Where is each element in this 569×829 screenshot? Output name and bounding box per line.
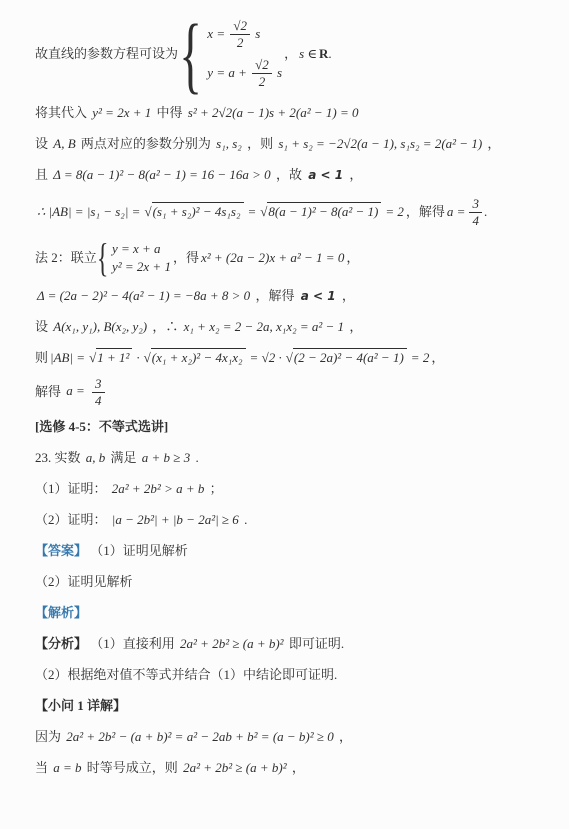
analysis-section-line: 【解析】 (35, 604, 543, 622)
text-segment: 即可证明. (289, 636, 344, 651)
equation-system: { x = √22 s y = a + √22 s (178, 14, 284, 94)
text-segment: 故直线的参数方程可设为 (35, 45, 178, 63)
answer-line-2: （2）证明见解析 (35, 573, 543, 591)
punctuation: . (484, 204, 487, 219)
math-segment: y² = 2x + 1 (92, 105, 151, 120)
text-segment: 且 (35, 167, 48, 182)
math-segment: a = (66, 383, 85, 398)
fraction: √22 (252, 58, 272, 90)
text-segment: 将其代入 (35, 105, 87, 120)
section-heading: [选修 4-5：不等式选讲] (35, 418, 543, 436)
text-segment: 设 (35, 319, 48, 334)
fraction: 34 (92, 377, 105, 409)
text-segment: ，解得 (406, 204, 445, 219)
text-segment: 解得 (35, 383, 61, 398)
text-segment: 时等号成立，则 (87, 760, 178, 775)
equation-x: x = √22 s (207, 19, 282, 51)
equation-2: y² = 2x + 1 (112, 258, 171, 275)
punctuation: ， (292, 760, 305, 775)
punctuation: ， (349, 167, 362, 182)
math-segment: x² + (2a − 2)x + a² − 1 = 0 (201, 249, 344, 267)
math-segment: = √2 · (250, 350, 282, 365)
punctuation: ， (349, 319, 362, 334)
math-segment: = 2 (411, 350, 430, 365)
math-segment: a, b (86, 450, 106, 465)
text-segment: 当 (35, 760, 48, 775)
text-segment: ，∴ (152, 319, 178, 334)
text-segment: ，得 (173, 249, 199, 267)
math-segment: |AB| = (50, 350, 85, 365)
math-segment: ∴ |AB| = |s₁ − s₂| = (37, 204, 140, 219)
math-segment: = (248, 204, 257, 219)
fraction-numerator: √2 (230, 19, 250, 34)
sqrt-radical: √1 + 1² (89, 350, 132, 365)
text-segment: （1）证明： (35, 481, 107, 496)
text-segment: 设 (35, 136, 48, 151)
ab-length-line-2: 则|AB| =√1 + 1²·√(x₁ + x₂)² − 4x₁x₂= √2 ·… (35, 349, 543, 367)
result-line: 解得 a = 34 (35, 377, 543, 409)
text-segment: 23. 实数 (35, 450, 81, 465)
analysis-sub-label: 【分析】 (35, 636, 87, 651)
fraction-denominator: 2 (230, 34, 250, 50)
substitution-line: 将其代入 y² = 2x + 1 中得 s² + 2√2(a − 1)s + 2… (35, 104, 543, 122)
text-segment: （1）证明见解析 (90, 543, 188, 558)
sqrt-radical: √8(a − 1)² − 8(a² − 1) (260, 204, 381, 219)
equation-system: { y = x + a y² = 2x + 1 (97, 239, 173, 277)
answer-label: 【答案】 (35, 543, 87, 558)
text-segment: ，故 (276, 167, 302, 182)
punctuation: . (244, 512, 247, 527)
punctuation: . (328, 45, 331, 63)
text-segment: 满足 (111, 450, 137, 465)
left-brace-symbol: { (179, 14, 202, 94)
sqrt-radical: √(2 − 2a)² − 4(a² − 1) (286, 350, 407, 365)
proof-line-2: 当 a = b 时等号成立，则 2a² + 2b² ≥ (a + b)² ， (35, 759, 543, 777)
detail-label: 【小问 1 详解】 (35, 698, 126, 713)
math-segment: 2a² + 2b² − (a + b)² = a² − 2ab + b² = (… (66, 729, 334, 744)
math-segment: s ∈ (299, 45, 317, 63)
bold-math-segment: a < 1 (301, 289, 336, 303)
text-segment: （2）证明： (35, 512, 107, 527)
text-segment: （1）直接利用 (90, 636, 175, 651)
fraction-numerator: 3 (469, 197, 482, 212)
punctuation: ， (346, 249, 359, 267)
fraction-denominator: 4 (469, 212, 482, 228)
text-segment: ，解得 (255, 288, 294, 303)
math-segment: Δ = (2a − 2)² − 4(a² − 1) = −8a + 8 > 0 (37, 288, 250, 303)
punctuation: . (195, 450, 198, 465)
fraction-numerator: 3 (92, 377, 105, 392)
math-segment: s₁ + s₂ = −2√2(a − 1), s₁s₂ = 2(a² − 1) (278, 136, 482, 151)
radicand: (2 − 2a)² − 4(a² − 1) (293, 348, 407, 365)
fraction: √22 (230, 19, 250, 51)
math-segment: 2a² + 2b² ≥ (a + b)² (180, 636, 284, 651)
method-2-line: 法 2：联立 { y = x + a y² = 2x + 1 ，得 x² + (… (35, 239, 543, 277)
math-segment: 2a² + 2b² > a + b (112, 481, 205, 496)
text-segment: 因为 (35, 729, 61, 744)
math-segment: A(x₁, y₁), B(x₂, y₂) (53, 319, 147, 334)
left-brace-symbol: { (97, 239, 109, 277)
parametric-equation-line: 故直线的参数方程可设为 { x = √22 s y = a + √22 s ， … (35, 14, 543, 94)
math-segment: a = b (53, 760, 81, 775)
proof-line-1: 因为 2a² + 2b² − (a + b)² = a² − 2ab + b² … (35, 728, 543, 746)
text-segment: 两点对应的参数分别为 (81, 136, 211, 151)
text-segment: ，则 (247, 136, 273, 151)
radical-sign: √ (144, 204, 151, 219)
text-segment: 中得 (157, 105, 183, 120)
text-segment: 则 (35, 350, 48, 365)
text-segment: （2）根据绝对值不等式并结合（1）中结论即可证明. (35, 667, 337, 682)
math-segment: A, B (53, 136, 75, 151)
math-segment: s² + 2√2(a − 1)s + 2(a² − 1) = 0 (188, 105, 359, 120)
math-solution-document: 故直线的参数方程可设为 { x = √22 s y = a + √22 s ， … (0, 0, 569, 829)
fraction: 34 (469, 197, 482, 229)
radicand: 8(a − 1)² − 8(a² − 1) (267, 202, 381, 219)
radical-sign: √ (286, 350, 293, 365)
vieta-coordinates-line: 设 A(x₁, y₁), B(x₂, y₂) ，∴ x₁ + x₂ = 2 − … (35, 318, 543, 336)
radical-sign: √ (144, 350, 151, 365)
radicand: (s₁ + s₂)² − 4s₁s₂ (152, 202, 244, 219)
fraction-denominator: 4 (92, 392, 105, 408)
math-segment: · (136, 350, 139, 365)
math-segment: s (277, 64, 282, 79)
analysis-label: 【解析】 (35, 605, 87, 620)
punctuation: ， (487, 136, 500, 151)
discriminant-line: 且 Δ = 8(a − 1)² − 8(a² − 1) = 16 − 16a >… (35, 166, 543, 184)
bold-math-segment: a < 1 (308, 168, 343, 182)
sqrt-radical: √(x₁ + x₂)² − 4x₁x₂ (144, 350, 246, 365)
analysis-line-2: （2）根据绝对值不等式并结合（1）中结论即可证明. (35, 666, 543, 684)
sqrt-radical: √(s₁ + s₂)² − 4s₁s₂ (144, 204, 243, 219)
math-segment: |a − 2b²| + |b − 2a²| ≥ 6 (112, 512, 239, 527)
equation-1: y = x + a (112, 240, 171, 257)
math-segment: x = (207, 26, 225, 41)
math-segment: = 2 (385, 204, 404, 219)
radicand: 1 + 1² (96, 348, 132, 365)
fraction-denominator: 2 (252, 73, 272, 89)
punctuation: ， (339, 729, 352, 744)
text-segment: 法 2：联立 (35, 249, 97, 267)
detail-heading: 【小问 1 详解】 (35, 697, 543, 715)
math-segment: Δ = 8(a − 1)² − 8(a² − 1) = 16 − 16a > 0 (53, 167, 270, 182)
ab-length-line: ∴ |AB| = |s₁ − s₂| =√(s₁ + s₂)² − 4s₁s₂=… (35, 197, 543, 229)
math-segment: s (255, 26, 260, 41)
radicand: (x₁ + x₂)² − 4x₁x₂ (151, 348, 246, 365)
punctuation: ； (210, 481, 223, 496)
text-segment: （2）证明见解析 (35, 574, 133, 589)
math-segment: a = (447, 204, 466, 219)
vieta-parameters-line: 设 A, B 两点对应的参数分别为 s₁, s₂ ，则 s₁ + s₂ = −2… (35, 135, 543, 153)
real-set-symbol: R (319, 45, 328, 63)
part-1-statement: （1）证明： 2a² + 2b² > a + b ； (35, 480, 543, 498)
fraction-numerator: √2 (252, 58, 272, 73)
punctuation: ， (431, 350, 444, 365)
discriminant-line-2: Δ = (2a − 2)² − 4(a² − 1) = −8a + 8 > 0 … (35, 287, 543, 305)
part-2-statement: （2）证明： |a − 2b²| + |b − 2a²| ≥ 6 . (35, 511, 543, 529)
equation-y: y = a + √22 s (207, 58, 282, 90)
punctuation: ， (284, 45, 297, 63)
answer-line: 【答案】 （1）证明见解析 (35, 542, 543, 560)
math-segment: y = a + (207, 64, 247, 79)
math-segment: 2a² + 2b² ≥ (a + b)² (183, 760, 287, 775)
punctuation: ， (342, 288, 355, 303)
question-23-line: 23. 实数 a, b 满足 a + b ≥ 3 . (35, 449, 543, 467)
math-segment: s₁, s₂ (216, 136, 242, 151)
section-title: [选修 4-5：不等式选讲] (35, 419, 168, 434)
analysis-line-1: 【分析】 （1）直接利用 2a² + 2b² ≥ (a + b)² 即可证明. (35, 635, 543, 653)
math-segment: x₁ + x₂ = 2 − 2a, x₁x₂ = a² − 1 (184, 319, 344, 334)
math-segment: a + b ≥ 3 (142, 450, 190, 465)
